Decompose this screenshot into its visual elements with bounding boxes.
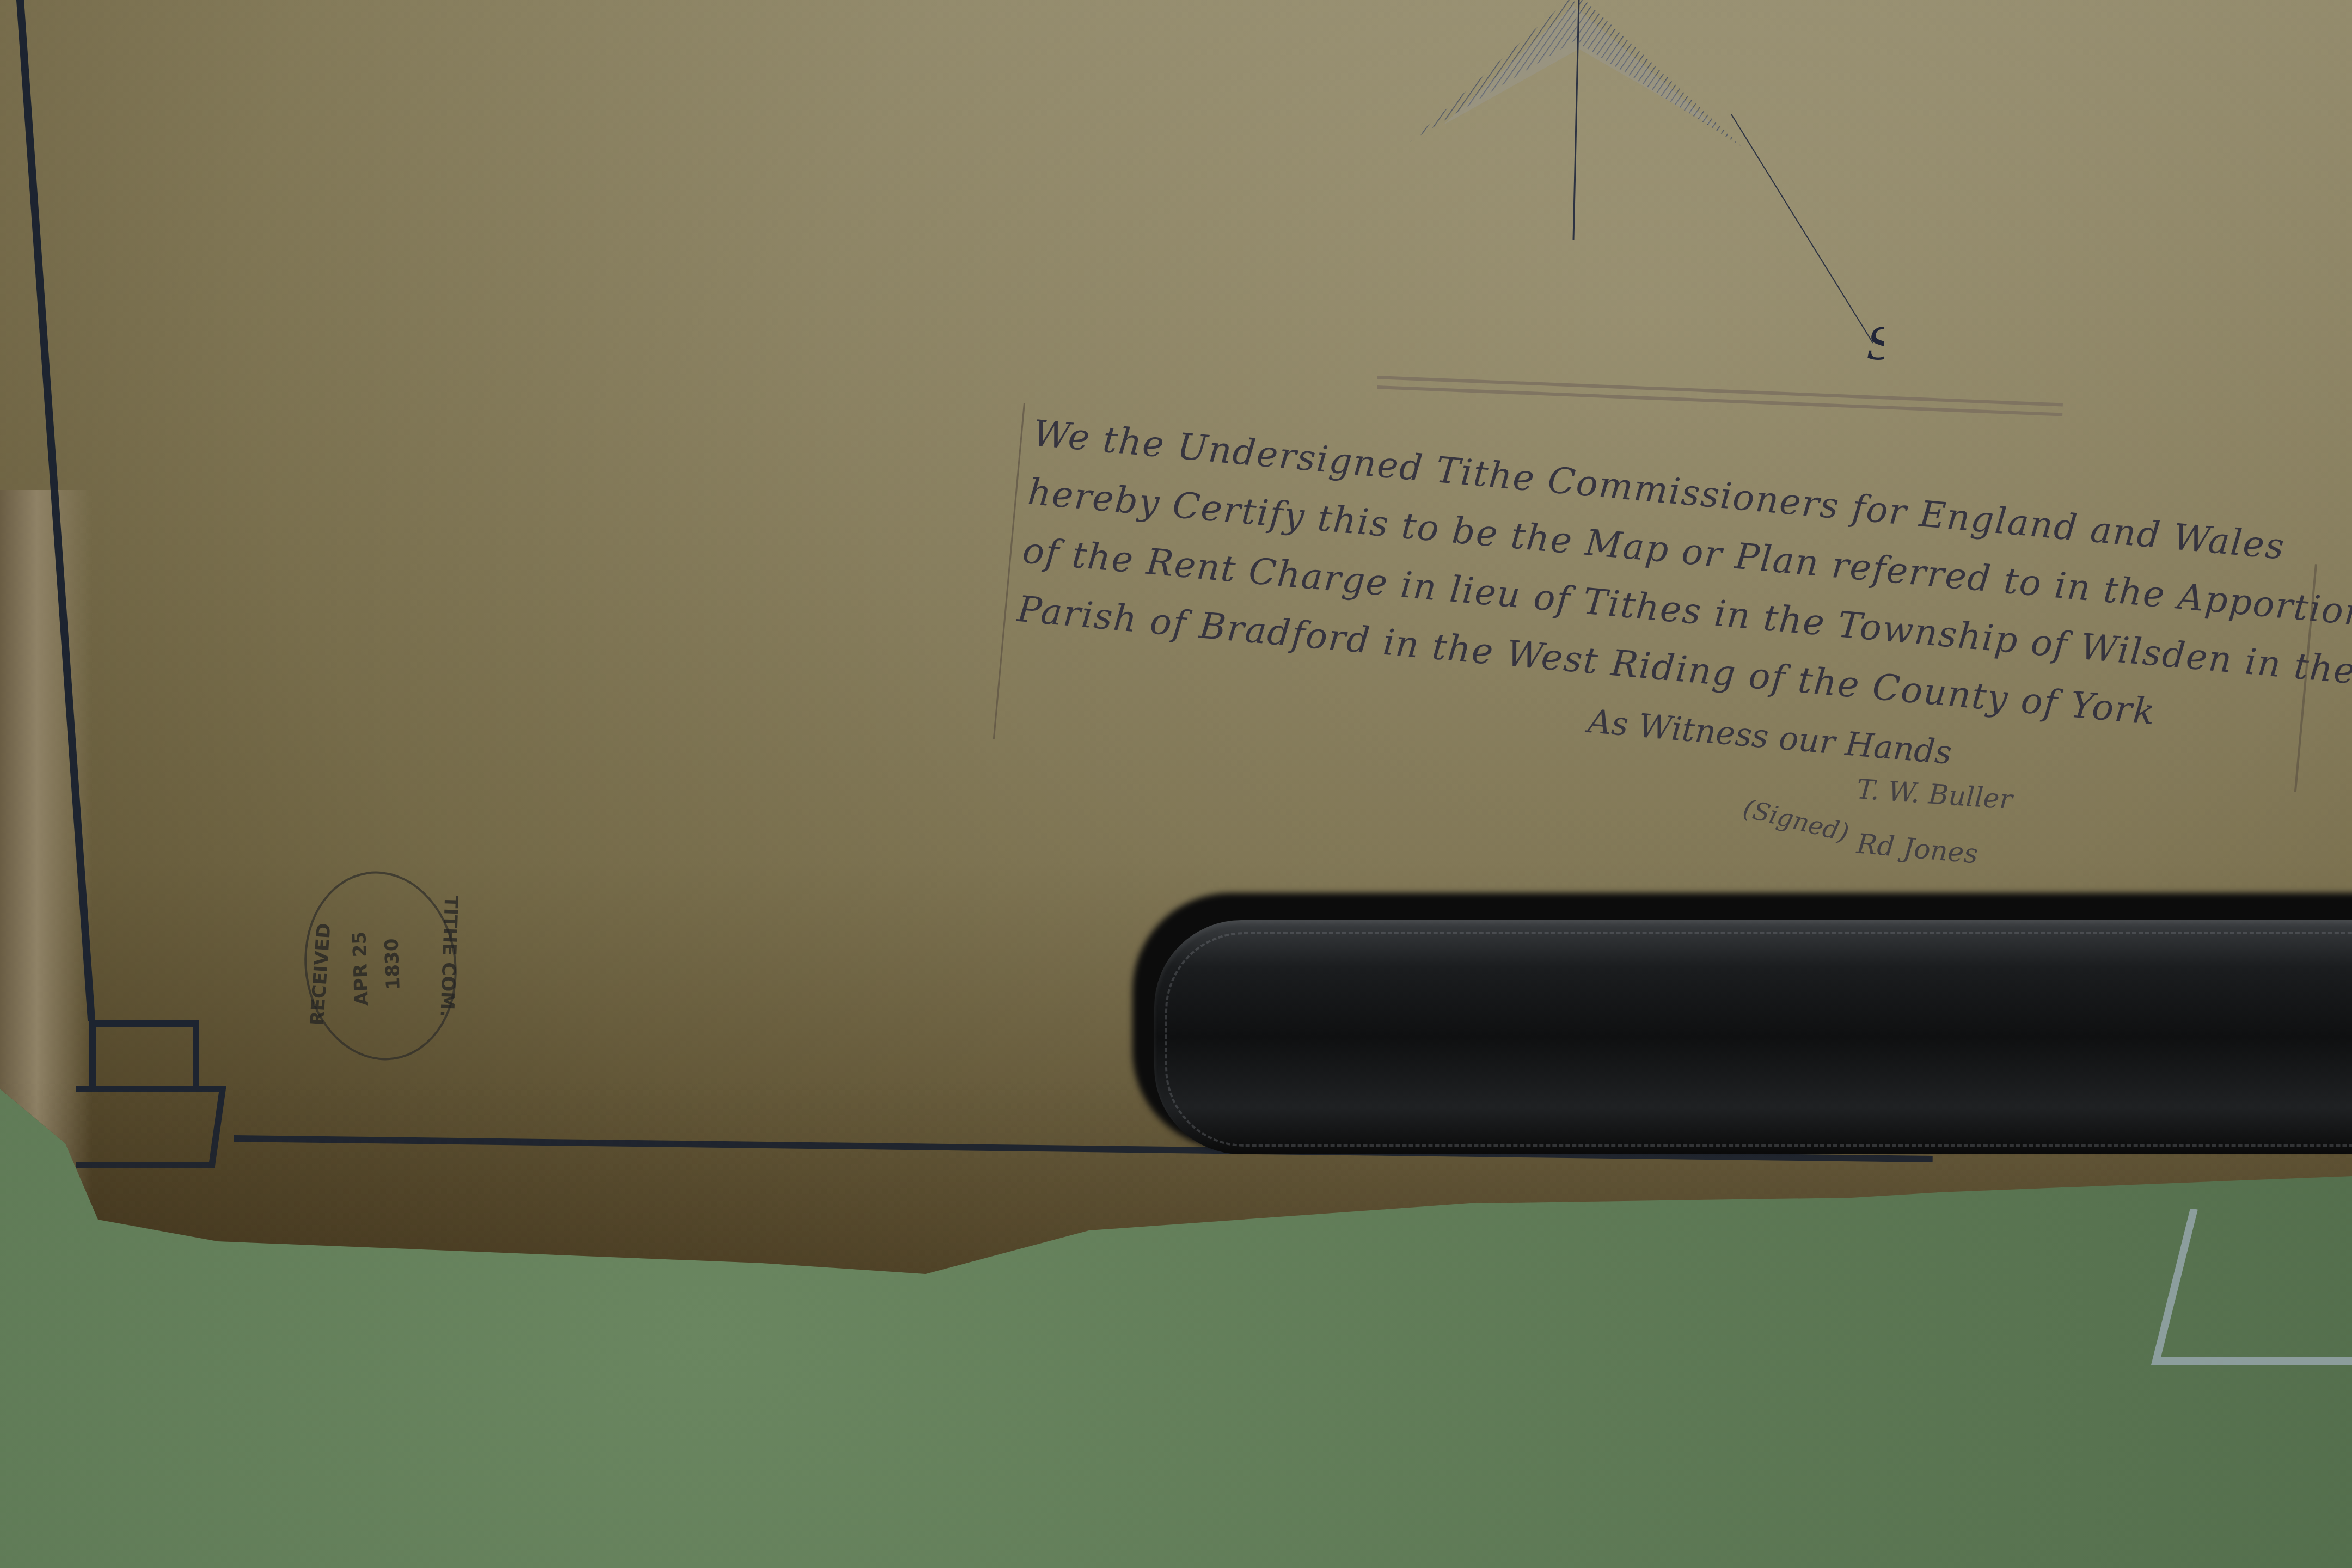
table-chalk-marking — [1089, 1209, 2352, 1372]
double-rule-divider — [1376, 376, 2063, 436]
leather-stitching — [1165, 932, 2352, 1147]
signature-jones: Rd Jones — [1855, 828, 1979, 869]
compass-south-label: S — [1866, 319, 1884, 370]
stamp-date: APR 25 — [348, 931, 373, 1006]
compass-rose-icon: S — [1394, 0, 1884, 376]
stamp-tithe-com: TITHE COM. — [436, 895, 462, 1017]
certification-text-block: We the Undersigned Tithe Commissioners f… — [993, 403, 2300, 855]
border-corner-ornament — [76, 1007, 250, 1181]
received-stamp: RECEIVED APR 25 1830 TITHE COM. — [292, 861, 469, 1070]
stamp-received: RECEIVED — [307, 922, 335, 1026]
stamp-year: 1830 — [381, 938, 404, 990]
